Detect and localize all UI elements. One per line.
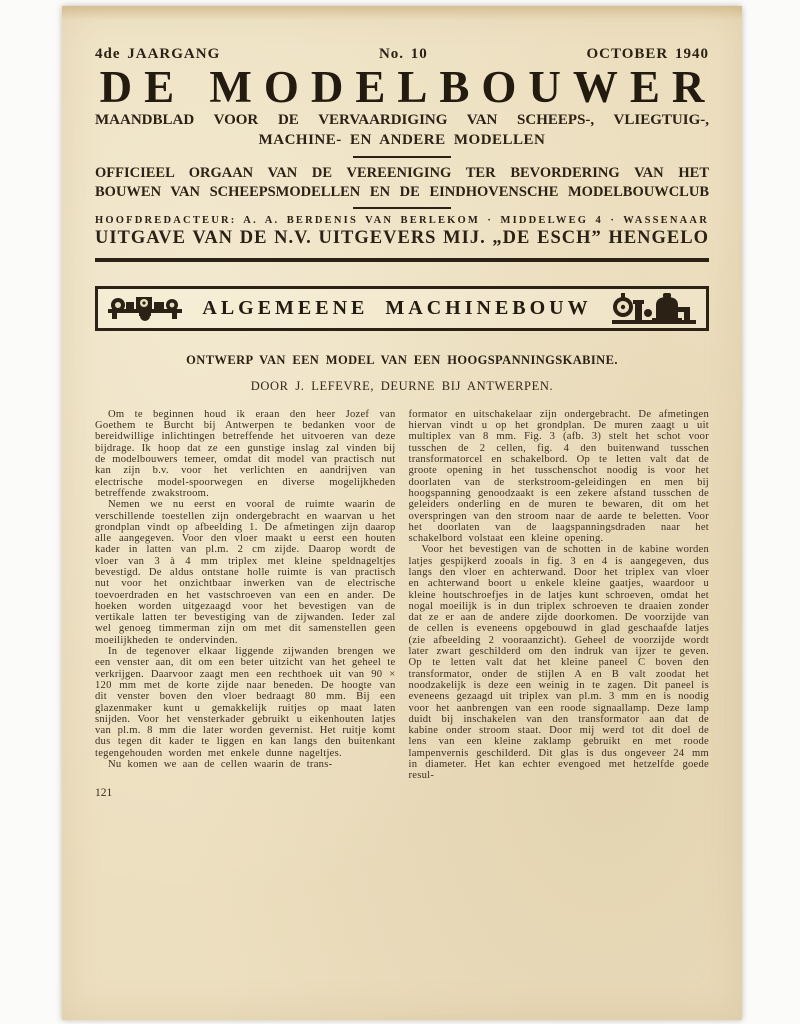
editor-line: HOOFDREDACTEUR: A. A. BERDENIS VAN BERLE… bbox=[95, 215, 709, 226]
magazine-subtitle-line2: MACHINE- EN ANDERE MODELLEN bbox=[95, 131, 709, 151]
masthead-top-row: 4de JAARGANG No. 10 OCTOBER 1940 bbox=[95, 46, 709, 63]
page-number: 121 bbox=[95, 787, 709, 799]
paragraph: Om te beginnen houd ik eraan den heer Jo… bbox=[95, 409, 396, 499]
paragraph: formator en uitschakelaar zijn ondergebr… bbox=[409, 409, 710, 545]
article-title: ONTWERP VAN EEN MODEL VAN EEN HOOGSPANNI… bbox=[95, 353, 709, 368]
divider-rule-middle bbox=[353, 207, 451, 209]
organ-line2: BOUWEN VAN SCHEEPSMODELLEN EN DE EINDHOV… bbox=[95, 183, 709, 202]
masthead-bottom-rule bbox=[95, 258, 709, 262]
page-content: 4de JAARGANG No. 10 OCTOBER 1940 DE MODE… bbox=[62, 6, 742, 799]
paragraph: Nemen we nu eerst en vooral de ruimte wa… bbox=[95, 499, 396, 646]
volume-label: 4de JAARGANG bbox=[95, 46, 220, 63]
paragraph: Nu komen we aan de cellen waarin de tran… bbox=[95, 759, 396, 770]
right-column: formator en uitschakelaar zijn ondergebr… bbox=[409, 409, 710, 782]
lathe-machine-icon bbox=[106, 293, 184, 323]
article-body: Om te beginnen houd ik eraan den heer Jo… bbox=[95, 409, 709, 782]
left-column: Om te beginnen houd ik eraan den heer Jo… bbox=[95, 409, 396, 782]
magazine-title: DE MODELBOUWER bbox=[95, 64, 721, 111]
divider-rule-top bbox=[353, 156, 451, 158]
magazine-page: 4de JAARGANG No. 10 OCTOBER 1940 DE MODE… bbox=[62, 6, 742, 1020]
magazine-subtitle-line1: MAANDBLAD VOOR DE VERVAARDIGING VAN SCHE… bbox=[95, 111, 709, 131]
steam-engine-boiler-icon bbox=[610, 291, 698, 325]
publisher-line: UITGAVE VAN DE N.V. UITGEVERS MIJ. „DE E… bbox=[95, 228, 709, 249]
issue-number: No. 10 bbox=[379, 46, 428, 63]
paragraph: Voor het bevestigen van de schotten in d… bbox=[409, 544, 710, 781]
section-banner: ALGEMEENE MACHINEBOUW bbox=[95, 286, 709, 331]
issue-date: OCTOBER 1940 bbox=[587, 46, 710, 63]
article-byline: DOOR J. LEFEVRE, DEURNE BIJ ANTWERPEN. bbox=[95, 379, 709, 394]
section-title: ALGEMEENE MACHINEBOUW bbox=[202, 297, 591, 320]
organ-line1: OFFICIEEL ORGAAN VAN DE VEREENIGING TER … bbox=[95, 164, 709, 183]
paragraph: In de tegenover elkaar liggende zijwande… bbox=[95, 646, 396, 759]
